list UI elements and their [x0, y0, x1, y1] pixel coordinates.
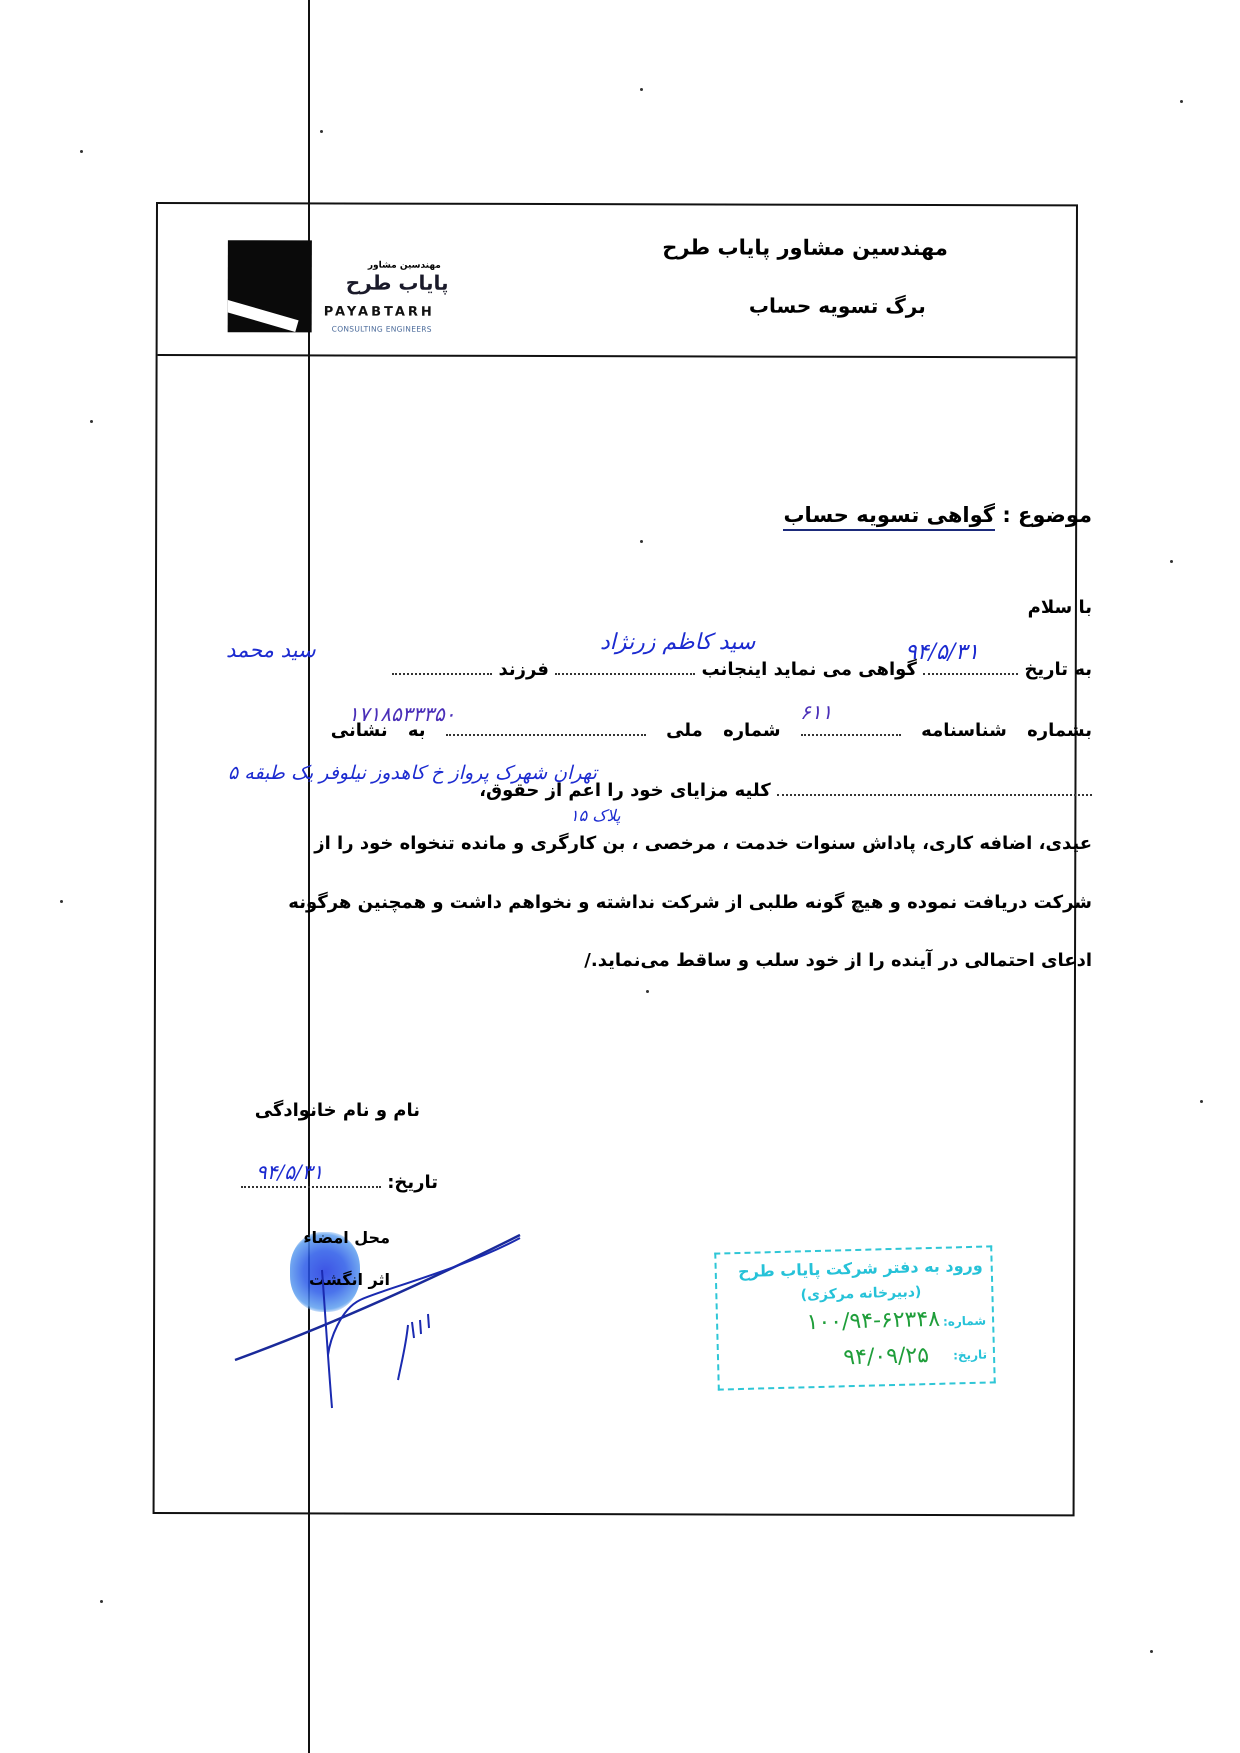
registry-stamp: ورود به دفتر شرکت پایاب طرح (دبیرخانه مر… — [714, 1245, 996, 1390]
address-field — [777, 776, 1092, 796]
stamp-subtitle: (دبیرخانه مرکزی) — [800, 1284, 921, 1303]
scan-speck — [1150, 1650, 1153, 1653]
logo-en-name: PAYABTARH — [324, 304, 435, 319]
header-divider — [158, 354, 1076, 358]
signature-date-label: تاریخ: — [387, 1172, 438, 1193]
scan-speck — [320, 130, 323, 133]
id-label: بشماره شناسنامه — [921, 720, 1092, 741]
subject-line: موضوع : گواهی تسویه حساب — [783, 503, 1092, 527]
handwritten-name: سید کاظم زرنژاد — [600, 630, 755, 655]
national-id-label: شماره ملی — [666, 720, 781, 741]
stamp-title: ورود به دفتر شرکت پایاب طرح — [738, 1256, 983, 1281]
handwritten-address-plaque: پلاک ۱۵ — [570, 806, 621, 825]
stamp-date-label: تاریخ: — [953, 1348, 987, 1363]
national-id-field — [446, 716, 646, 736]
logo-fa-name: پایاب طرح — [346, 270, 449, 294]
handwritten-father-name: سید محمد — [226, 638, 316, 662]
child-of-text: فرزند — [498, 659, 549, 680]
handwritten-id-number: ۶۱۱ — [800, 700, 832, 724]
date-prefix: به تاریخ — [1024, 659, 1092, 680]
handwritten-date: ۹۴/۵/۳۱ — [905, 640, 979, 665]
scanned-document-page: مهندسین مشاور پایاب طرح PAYABTARH CONSUL… — [0, 0, 1240, 1753]
handwritten-signature-date: ۹۴/۵/۳۱ — [256, 1160, 323, 1184]
name-field — [555, 655, 695, 675]
body-line-6: ادعای احتمالی در آینده را از خود سلب و س… — [228, 950, 1092, 971]
scan-speck — [100, 1600, 103, 1603]
scan-speck — [90, 420, 93, 423]
father-name-field — [392, 655, 492, 675]
certify-text: گواهی می نماید اینجانب — [702, 659, 917, 680]
scan-speck — [1200, 1100, 1203, 1103]
handwritten-signature-icon — [230, 1230, 530, 1410]
handwritten-national-id: ۱۷۱۸۵۳۳۳۵۰ — [348, 702, 455, 726]
logo-mark-icon — [228, 240, 312, 332]
stamp-number-value: ۱۰۰/۹۴-۶۲۳۴۸ — [806, 1307, 940, 1335]
logo-fa-subtitle: مهندسین مشاور — [368, 261, 441, 271]
full-name-label: نام و نام خانوادگی — [250, 1100, 420, 1121]
scan-speck — [1170, 560, 1173, 563]
company-logo: مهندسین مشاور پایاب طرح PAYABTARH CONSUL… — [228, 240, 498, 341]
scan-speck — [1180, 100, 1183, 103]
form-title: برگ تسویه حساب — [749, 294, 926, 318]
subject-value: گواهی تسویه حساب — [783, 503, 995, 531]
scan-speck — [80, 150, 83, 153]
body-line-5: شرکت دریافت نموده و هیچ گونه طلبی از شرک… — [228, 892, 1092, 913]
scan-speck — [640, 88, 643, 91]
scan-speck — [60, 900, 63, 903]
stamp-number-label: شماره: — [943, 1314, 987, 1329]
company-name: مهندسین مشاور پایاب طرح — [662, 235, 948, 260]
logo-en-subtitle: CONSULTING ENGINEERS — [332, 324, 432, 333]
stamp-date-value: ۹۴/۰۹/۲۵ — [843, 1343, 929, 1370]
body-line-4: عیدی، اضافه کاری، پاداش سنوات خدمت ، مرخ… — [228, 833, 1092, 854]
greeting: با سلام — [228, 597, 1092, 618]
handwritten-address: تهران شهرک پرواز خ کاهدوز نیلوفر یک طبقه… — [228, 762, 597, 784]
subject-label: موضوع : — [1002, 503, 1092, 527]
